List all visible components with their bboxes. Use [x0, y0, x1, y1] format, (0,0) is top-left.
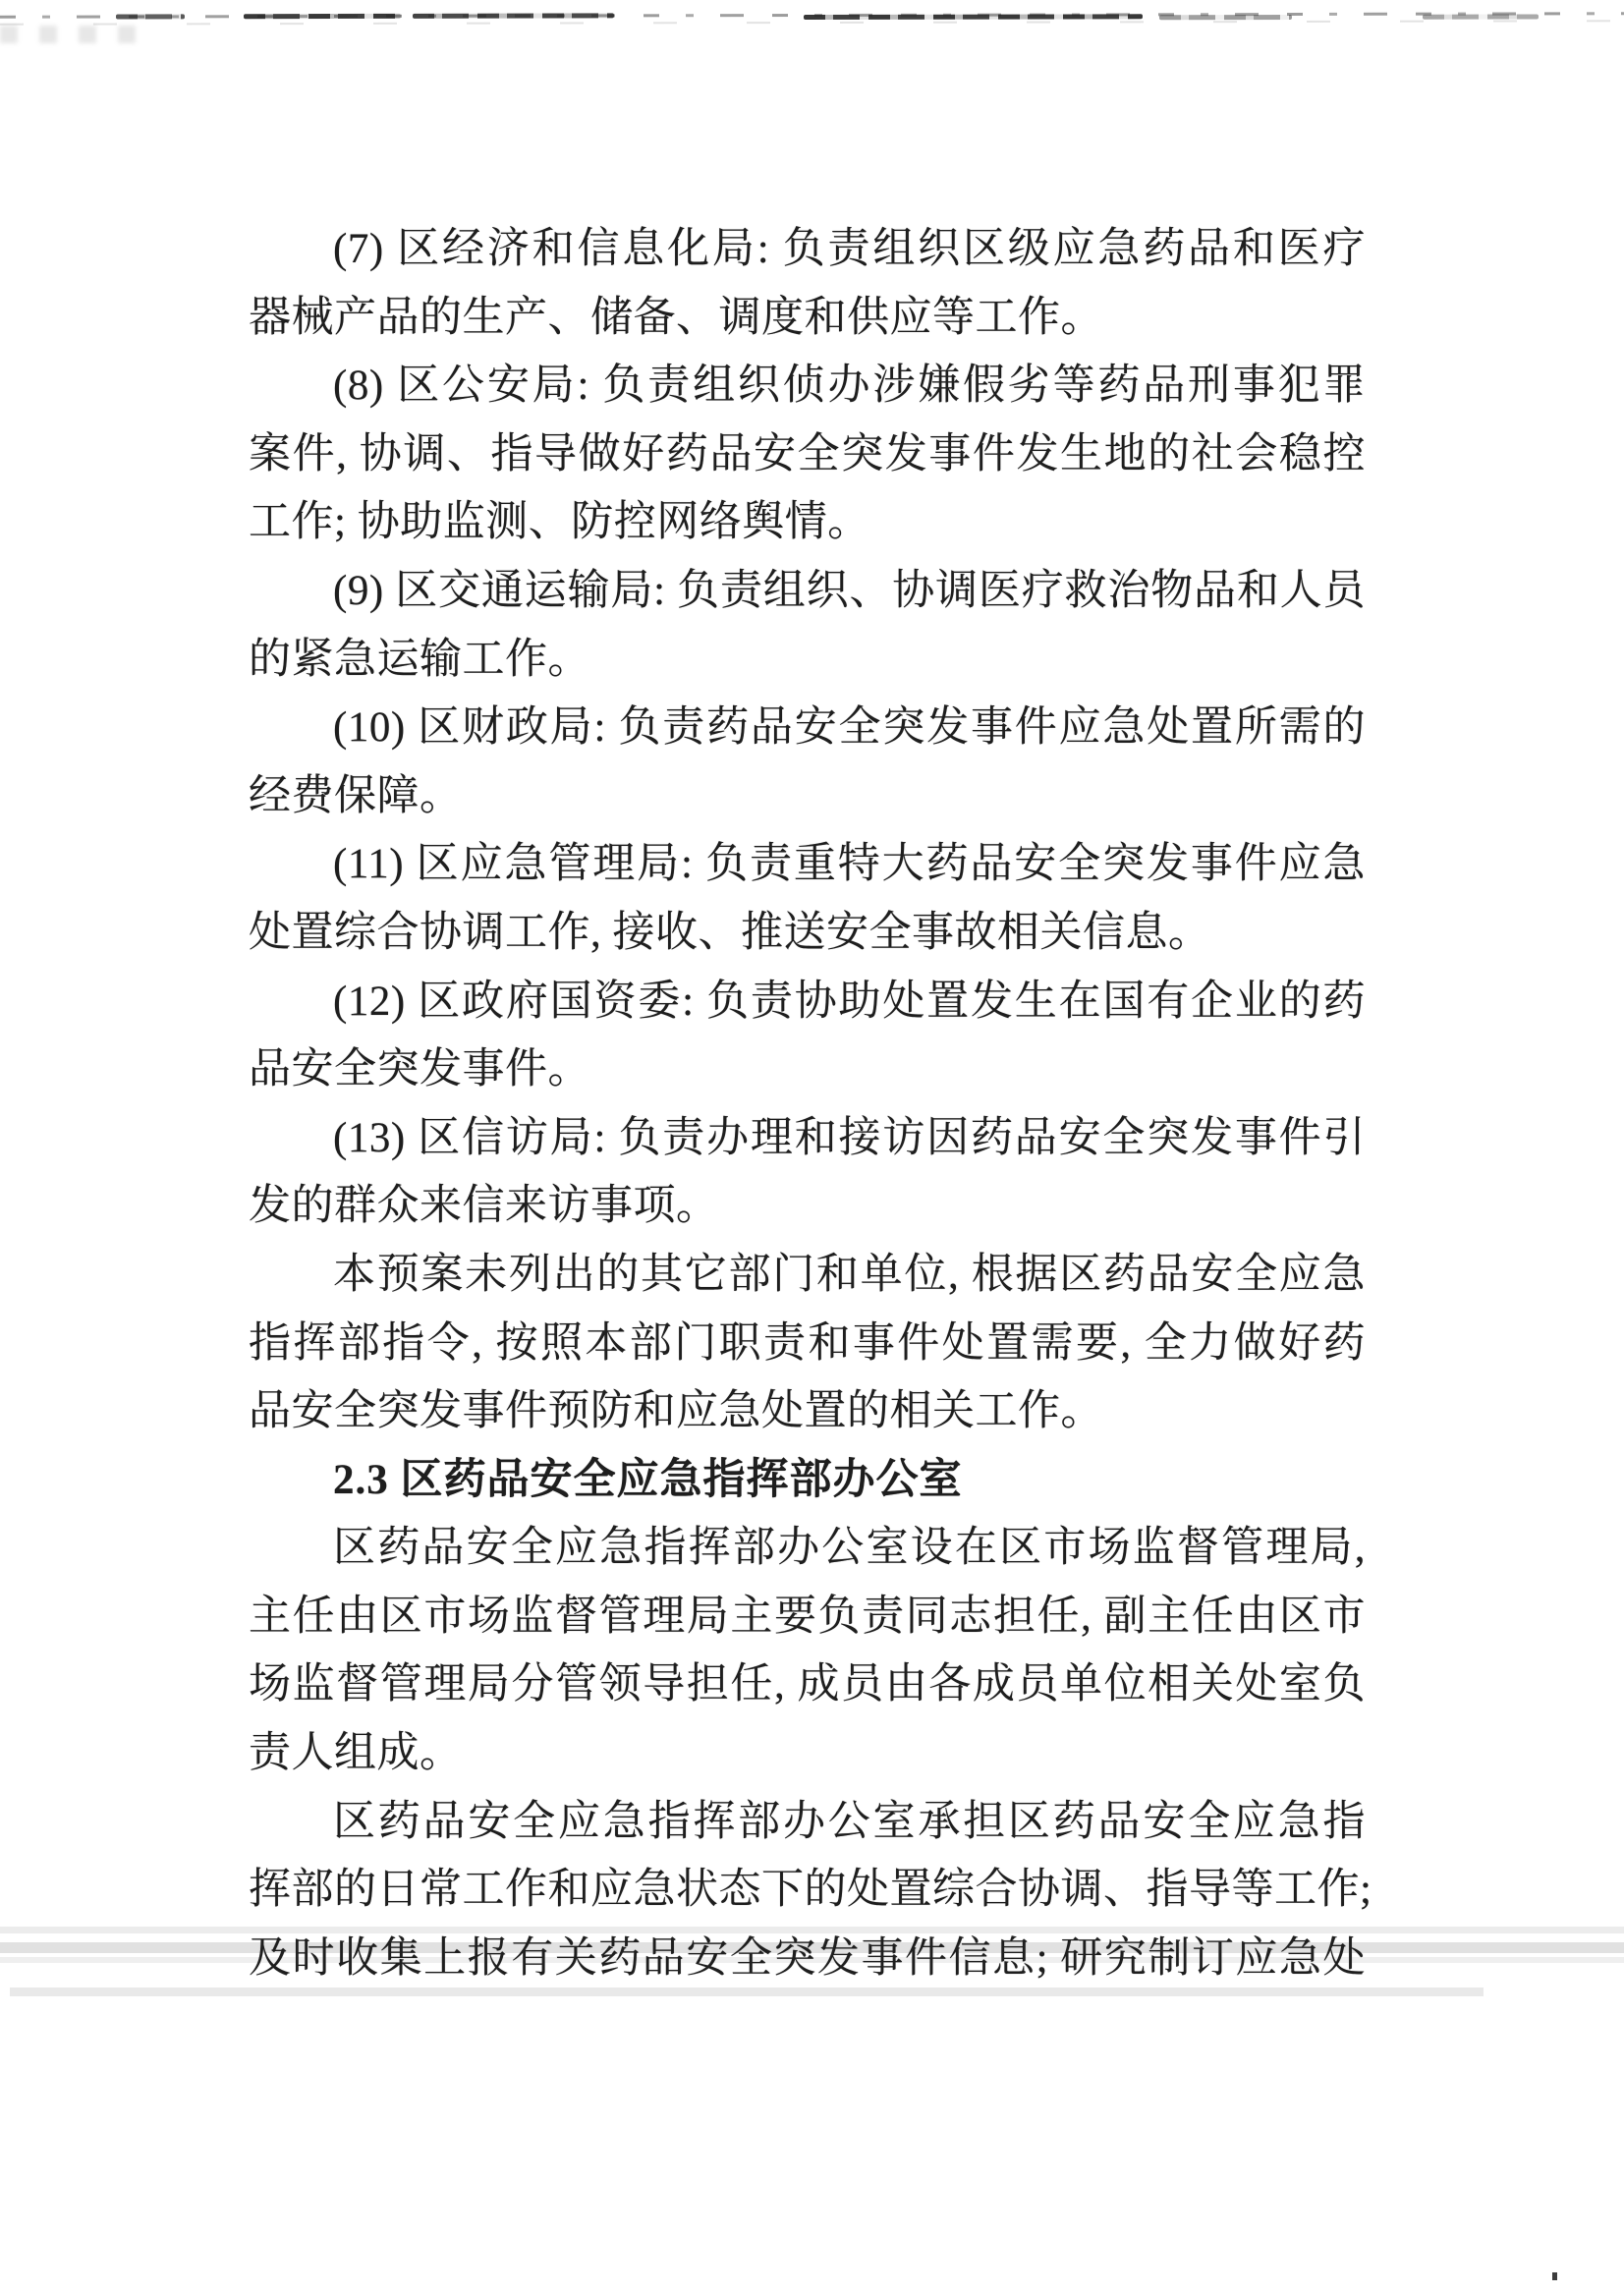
- text-line: (13) 区信访局: 负责办理和接访因药品安全突发事件引: [249, 1104, 1366, 1173]
- text-line: 经费保障。: [249, 762, 1366, 831]
- scan-artifact-segment: [1159, 15, 1292, 20]
- text-line: 责人组成。: [249, 1719, 1366, 1788]
- scan-artifact-smudge: [0, 26, 147, 43]
- text-line: 发的群众来信来访事项。: [249, 1172, 1366, 1241]
- text-line: 指挥部指令, 按照本部门职责和事件处置需要, 全力做好药: [249, 1310, 1366, 1378]
- text-line: (10) 区财政局: 负责药品安全突发事件应急处置所需的: [249, 694, 1366, 762]
- scan-artifact-segment: [804, 14, 1143, 20]
- text-line: 场监督管理局分管领导担任, 成员由各成员单位相关处室负: [249, 1651, 1366, 1719]
- text-line: (12) 区政府国资委: 负责协助处置发生在国有企业的药: [249, 968, 1366, 1036]
- scan-artifact-segment: [116, 14, 185, 19]
- scan-artifact-segment: [413, 13, 614, 18]
- text-line: 区药品安全应急指挥部办公室设在区市场监督管理局,: [249, 1514, 1366, 1583]
- scan-artifact-segment: [244, 14, 401, 19]
- text-line: 品安全突发事件。: [249, 1036, 1366, 1104]
- text-line: 品安全突发事件预防和应急处置的相关工作。: [249, 1377, 1366, 1446]
- scan-artifact-segment: [1423, 14, 1539, 19]
- text-line: 区药品安全应急指挥部办公室承担区药品安全应急指: [249, 1788, 1366, 1857]
- text-line: 工作; 协助监测、防控网络舆情。: [249, 488, 1366, 557]
- text-line: 及时收集上报有关药品安全突发事件信息; 研究制订应急处: [249, 1925, 1366, 1993]
- scan-artifact-speck: [1552, 2272, 1557, 2280]
- text-line: 主任由区市场监督管理局主要负责同志担任, 副主任由区市: [249, 1583, 1366, 1651]
- text-line: 案件, 协调、指导做好药品安全突发事件发生地的社会稳控: [249, 420, 1366, 489]
- text-line: (7) 区经济和信息化局: 负责组织区级应急药品和医疗: [249, 215, 1366, 284]
- text-line: 处置综合协调工作, 接收、推送安全事故相关信息。: [249, 899, 1366, 968]
- text-line: 本预案未列出的其它部门和单位, 根据区药品安全应急: [249, 1241, 1366, 1310]
- text-line: (9) 区交通运输局: 负责组织、协调医疗救治物品和人员: [249, 557, 1366, 626]
- text-line: 的紧急运输工作。: [249, 626, 1366, 695]
- text-line: 器械产品的生产、储备、调度和供应等工作。: [249, 284, 1366, 353]
- text-line: (8) 区公安局: 负责组织侦办涉嫌假劣等药品刑事犯罪: [249, 352, 1366, 420]
- scan-artifact-dash-line2: [0, 20, 1624, 25]
- text-line: (11) 区应急管理局: 负责重特大药品安全突发事件应急: [249, 830, 1366, 899]
- document-body: (7) 区经济和信息化局: 负责组织区级应急药品和医疗器械产品的生产、储备、调度…: [249, 215, 1366, 1992]
- section-heading: 2.3 区药品安全应急指挥部办公室: [249, 1446, 1366, 1515]
- scanned-page: (7) 区经济和信息化局: 负责组织区级应急药品和医疗器械产品的生产、储备、调度…: [0, 0, 1624, 2295]
- text-line: 挥部的日常工作和应急状态下的处置综合协调、指导等工作;: [249, 1856, 1366, 1925]
- scan-artifact-top-edge: [0, 4, 1624, 36]
